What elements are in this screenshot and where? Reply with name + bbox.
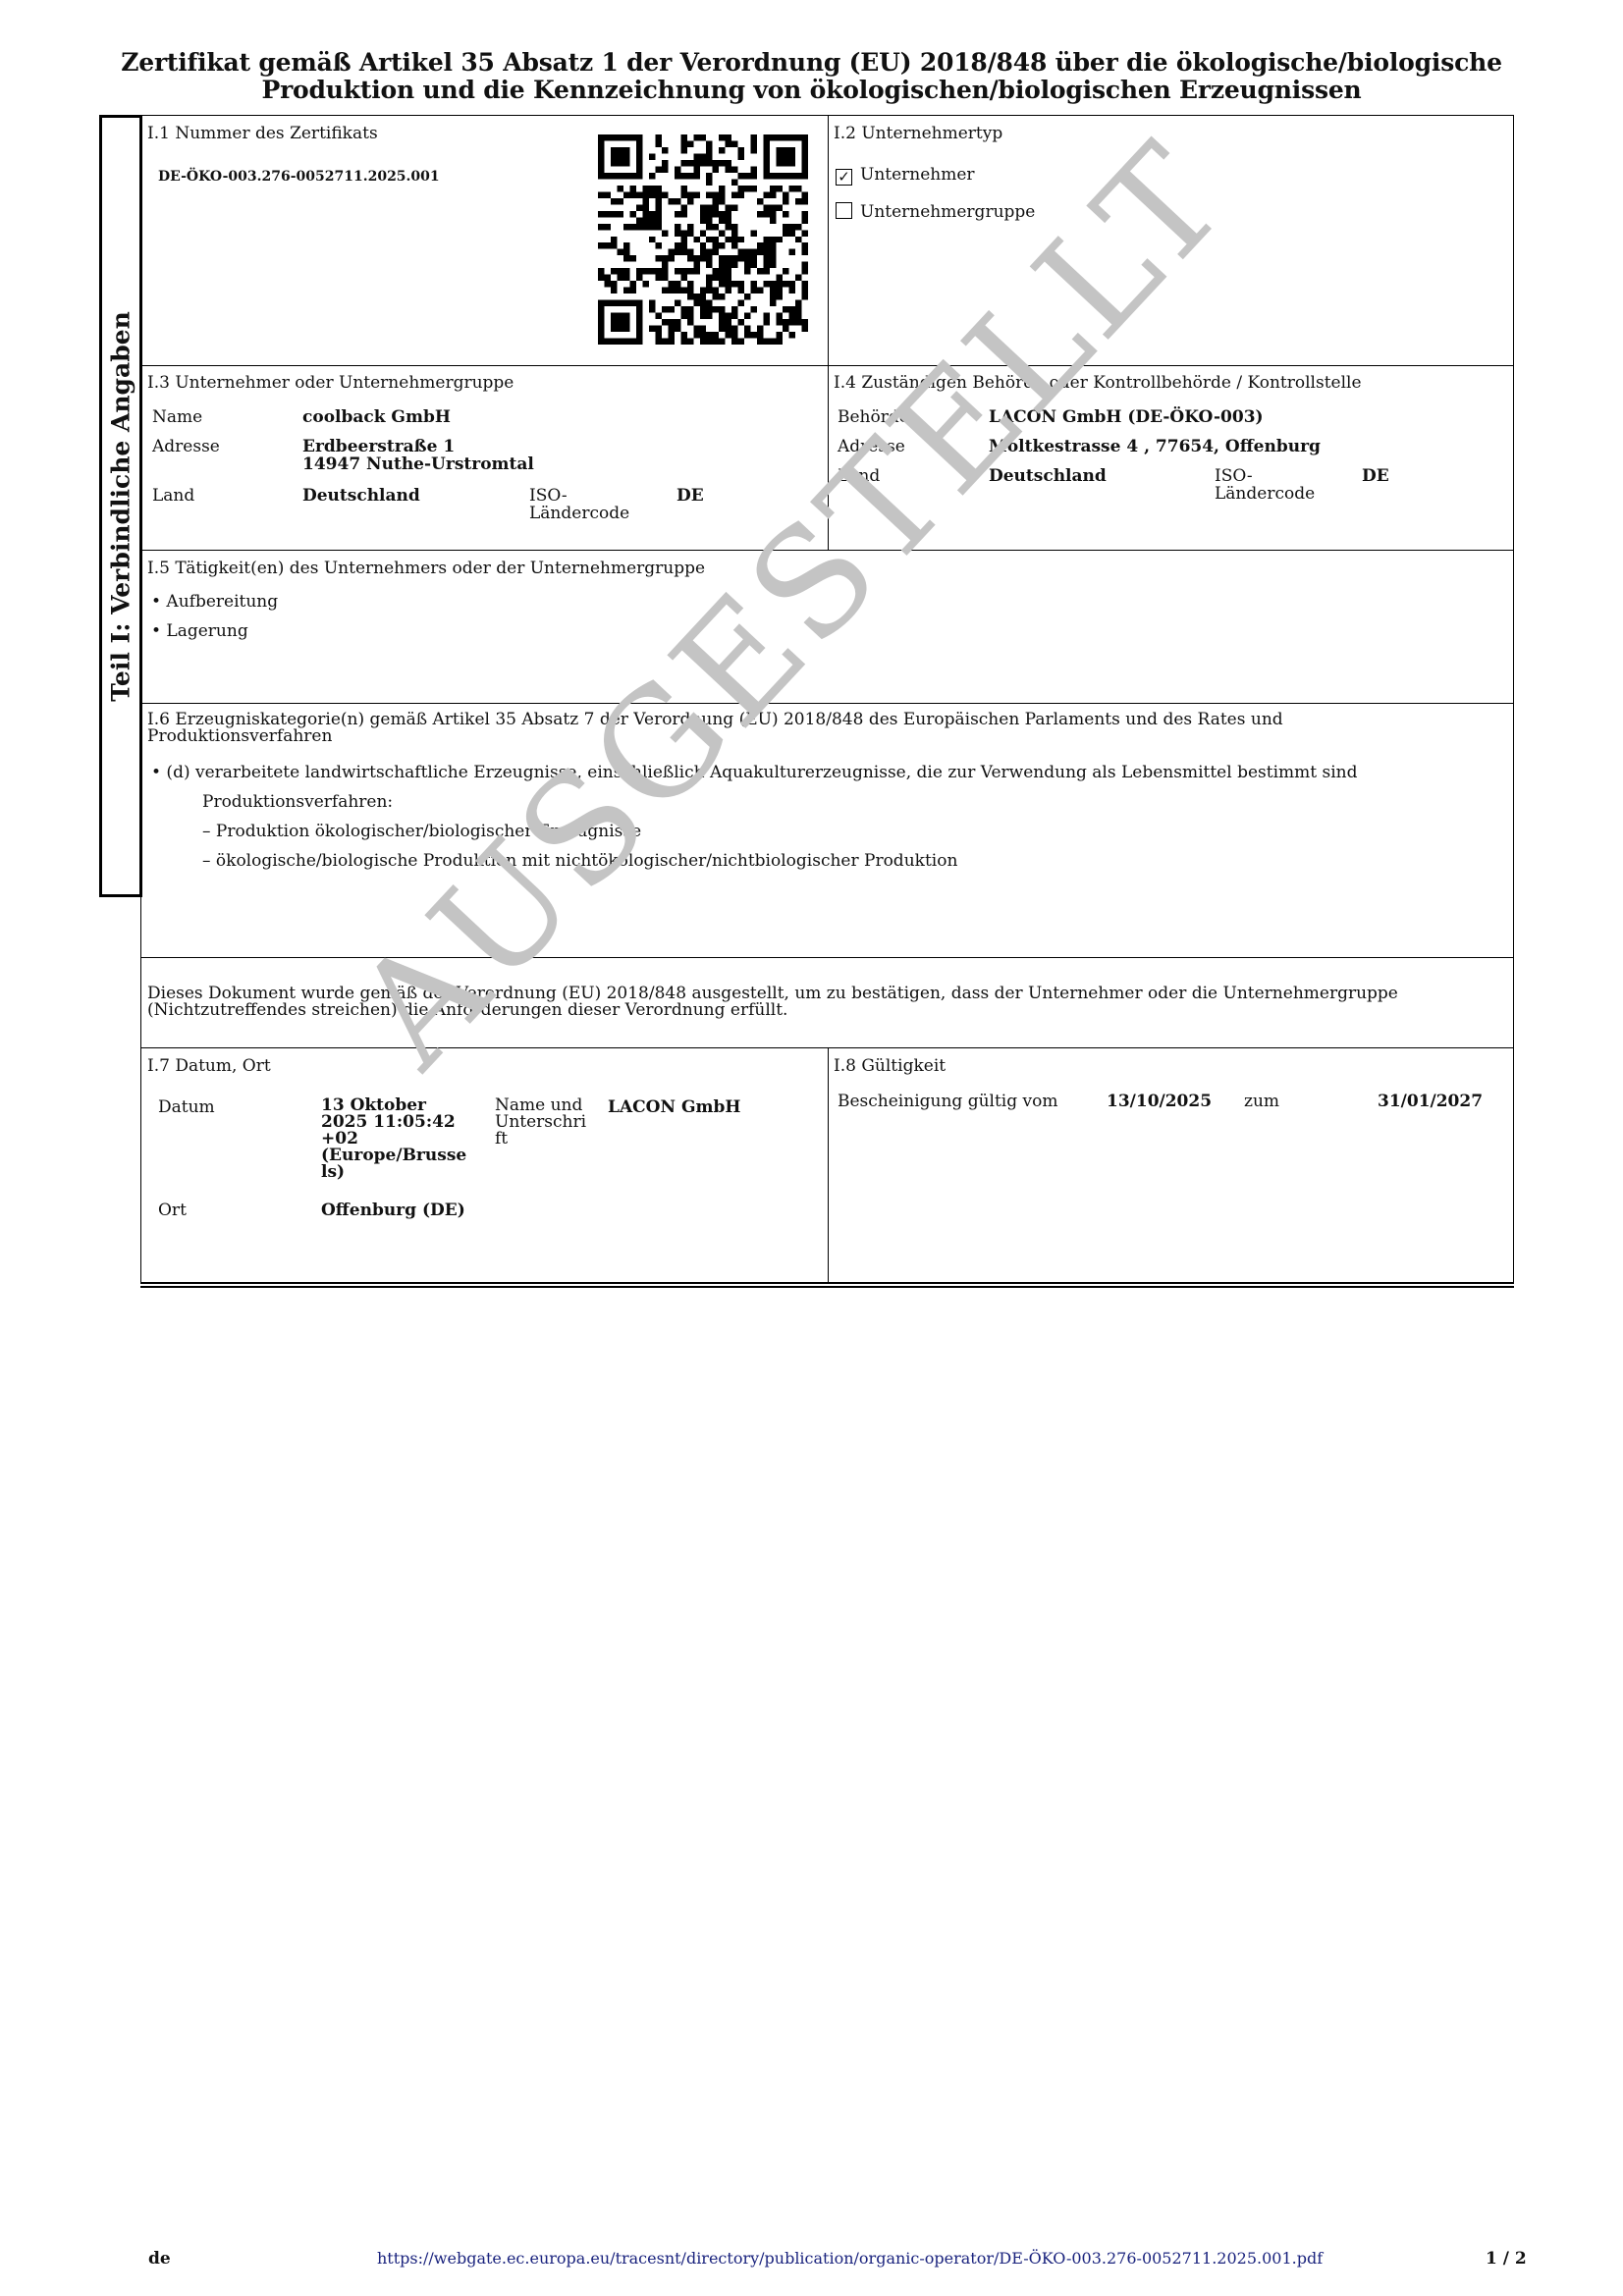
country: Deutschland <box>989 466 1107 486</box>
i3-header: I.3 Unternehmer oder Unternehmergruppe <box>147 373 514 393</box>
footer-language: de <box>148 2249 171 2269</box>
title-line-1: Zertifikat gemäß Artikel 35 Absatz 1 der… <box>0 49 1623 77</box>
cell-statement: Dieses Dokument wurde gemäß der Verordnu… <box>140 957 1514 1048</box>
i4-header: I.4 Zuständigen Behörde oder Kontrollbeh… <box>834 373 1362 393</box>
cell-i4: I.4 Zuständigen Behörde oder Kontrollbeh… <box>828 365 1514 551</box>
statement-line-2: (Nichtzutreffendes streichen) die Anford… <box>147 1000 787 1020</box>
checkbox-checked-icon[interactable]: ✓ <box>836 169 852 186</box>
section-label: Teil I: Verbindliche Angaben <box>107 311 135 702</box>
methods-label: Produktionsverfahren: <box>202 792 393 812</box>
table-bottom-rule <box>140 1282 1514 1284</box>
signature-value: LACON GmbH <box>608 1097 740 1117</box>
cell-i7: I.7 Datum, Ort Datum 13 Oktober 2025 11:… <box>140 1047 829 1284</box>
table-bottom-rule <box>140 1286 1514 1288</box>
activity-item: • Lagerung <box>151 621 248 641</box>
page-number: 1 / 2 <box>1486 2249 1527 2269</box>
iso-label-1: ISO- <box>529 486 568 506</box>
i8-header: I.8 Gültigkeit <box>834 1056 946 1076</box>
i6-header-line-2: Produktionsverfahren <box>147 726 332 746</box>
iso-label-1: ISO- <box>1215 466 1253 486</box>
signature-label-line: Unterschri <box>495 1114 586 1131</box>
qr-code-icon[interactable] <box>598 134 808 345</box>
place-value: Offenburg (DE) <box>321 1201 465 1220</box>
title-line-2: Produktion und die Kennzeichnung von öko… <box>0 77 1623 104</box>
authority-label: Behörde <box>838 407 909 427</box>
iso-code: DE <box>1362 466 1389 486</box>
name-label: Name <box>152 407 202 427</box>
footer-url-link[interactable]: https://webgate.ec.europa.eu/tracesnt/di… <box>377 2249 1323 2268</box>
valid-from: 13/10/2025 <box>1107 1092 1212 1111</box>
certificate-number: DE-ÖKO-003.276-0052711.2025.001 <box>158 167 440 187</box>
date-value: 13 Oktober 2025 11:05:42 +02 (Europe/Bru… <box>321 1097 466 1181</box>
authority-address: Moltkestrasse 4 , 77654, Offenburg <box>989 437 1321 456</box>
address-label: Adresse <box>838 437 905 456</box>
country-label: Land <box>838 466 880 486</box>
date-line: ls) <box>321 1164 466 1181</box>
address-line-1: Erdbeerstraße 1 <box>302 437 455 456</box>
i5-header: I.5 Tätigkeit(en) des Unternehmers oder … <box>147 559 705 578</box>
cell-i6: I.6 Erzeugniskategorie(n) gemäß Artikel … <box>140 703 1514 958</box>
option-unternehmergruppe[interactable]: Unternehmergruppe <box>836 202 1035 222</box>
i2-header: I.2 Unternehmertyp <box>834 124 1002 143</box>
option-unternehmer[interactable]: ✓Unternehmer <box>836 165 975 186</box>
cell-i8: I.8 Gültigkeit Bescheinigung gültig vom … <box>828 1047 1514 1284</box>
valid-from-label: Bescheinigung gültig vom <box>838 1092 1057 1111</box>
cell-i2: I.2 Unternehmertyp ✓Unternehmer Unterneh… <box>828 115 1514 366</box>
cell-i3: I.3 Unternehmer oder Unternehmergruppe N… <box>140 365 829 551</box>
option-label: Unternehmergruppe <box>860 202 1035 222</box>
cell-i5: I.5 Tätigkeit(en) des Unternehmers oder … <box>140 550 1514 704</box>
i7-header: I.7 Datum, Ort <box>147 1056 271 1076</box>
option-label: Unternehmer <box>860 165 975 185</box>
signature-label: Name und Unterschri ft <box>495 1097 586 1148</box>
i1-header: I.1 Nummer des Zertifikats <box>147 124 378 143</box>
country-label: Land <box>152 486 194 506</box>
authority: LACON GmbH (DE-ÖKO-003) <box>989 407 1264 427</box>
section-label-box: Teil I: Verbindliche Angaben <box>99 115 142 897</box>
document-title: Zertifikat gemäß Artikel 35 Absatz 1 der… <box>0 49 1623 104</box>
iso-label-2: Ländercode <box>529 504 629 523</box>
valid-to-label: zum <box>1244 1092 1279 1111</box>
date-label: Datum <box>158 1097 215 1117</box>
place-label: Ort <box>158 1201 187 1220</box>
activity-item: • Aufbereitung <box>151 592 278 612</box>
operator-name: coolback GmbH <box>302 407 451 427</box>
valid-to: 31/01/2027 <box>1378 1092 1483 1111</box>
address-label: Adresse <box>152 437 220 456</box>
signature-label-line: ft <box>495 1131 586 1148</box>
iso-label-2: Ländercode <box>1215 484 1315 504</box>
product-category: • (d) verarbeitete landwirtschaftliche E… <box>151 763 1358 782</box>
method-item: – Produktion ökologischer/biologischer E… <box>202 822 641 841</box>
address-line-2: 14947 Nuthe-Urstromtal <box>302 454 534 474</box>
checkbox-unchecked-icon[interactable] <box>836 202 852 219</box>
method-item: – ökologische/biologische Produktion mit… <box>202 851 957 871</box>
iso-code: DE <box>676 486 704 506</box>
country: Deutschland <box>302 486 420 506</box>
